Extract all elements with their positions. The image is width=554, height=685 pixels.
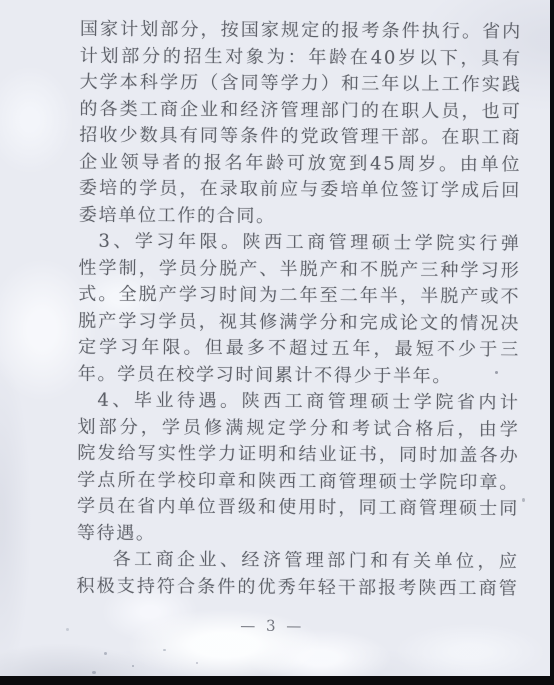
text-line: 式。全脱产学习时间为二年至二年半，半脱产或不 (78, 282, 520, 311)
scanned-page: 国家计划部分，按国家规定的报考条件执行。省内计划部分的招生对象为：年龄在40岁以… (0, 0, 554, 685)
text-line: 各工商企业、经济管理部门和有关单位，应 (77, 547, 519, 576)
text-line: 院发给写实性学力证明和结业证书，同时加盖各办 (77, 441, 519, 470)
page-number: — 3 — (76, 616, 468, 636)
text-line: 4、毕业待遇。陕西工商管理硕士学院省内计 (78, 388, 520, 417)
scan-speckle (196, 662, 198, 664)
scan-speckle (163, 649, 166, 651)
text-line: 年。学员在校学习时间累计不得少于半年。 (78, 361, 520, 390)
scan-content: 国家计划部分，按国家规定的报考条件执行。省内计划部分的招生对象为：年龄在40岁以… (76, 17, 522, 680)
text-line: 划部分，学员修满规定学分和考试合格后，由学 (77, 414, 519, 443)
scan-speckle (104, 652, 107, 655)
text-line: 定学习年限。但最多不超过五年，最短不少于三 (78, 335, 520, 364)
text-line: 脱产学习学员，视其修满学分和完成论文的情况决 (78, 308, 520, 337)
scan-edge-right (550, 0, 554, 685)
ink-speck (495, 371, 498, 374)
scan-speckle (132, 665, 134, 667)
text-line: 学员在省内单位晋级和使用时，同工商管理硕士同 (77, 494, 519, 523)
scan-speckle (66, 628, 69, 631)
text-line: 委培单位工作的合同。 (79, 202, 521, 231)
text-line: 委培的学员，在录取前应与委培单位签订学成后回 (79, 176, 521, 205)
ink-speck (522, 498, 525, 502)
text-line: 性学制，学员分脱产、半脱产和不脱产三种学习形 (78, 255, 520, 284)
scan-speckle (92, 671, 96, 674)
text-line: 学点所在学校印章和陕西工商管理硕士学院印章。 (77, 467, 519, 496)
text-line: 的各类工商企业和经济管理部门的在职人员，也可 (79, 96, 521, 125)
scan-edge-bottom (0, 676, 554, 685)
document-body: 国家计划部分，按国家规定的报考条件执行。省内计划部分的招生对象为：年龄在40岁以… (76, 17, 522, 603)
text-line: 企业领导者的报名年龄可放宽到45周岁。由单位 (79, 149, 521, 178)
text-line: 国家计划部分，按国家规定的报考条件执行。省内 (80, 17, 522, 46)
text-line: 大学本科学历（含同等学力）和三年以上工作实践 (80, 70, 522, 99)
text-line: 等待遇。 (77, 520, 519, 549)
text-line: 积极支持符合条件的优秀年轻干部报考陕西工商管 (76, 573, 518, 602)
text-line: 招收少数具有同等条件的党政管理干部。在职工商 (79, 123, 521, 152)
text-line: 计划部分的招生对象为：年龄在40岁以下，具有 (80, 43, 522, 72)
text-line: 3、学习年限。陕西工商管理硕士学院实行弹 (79, 229, 521, 258)
